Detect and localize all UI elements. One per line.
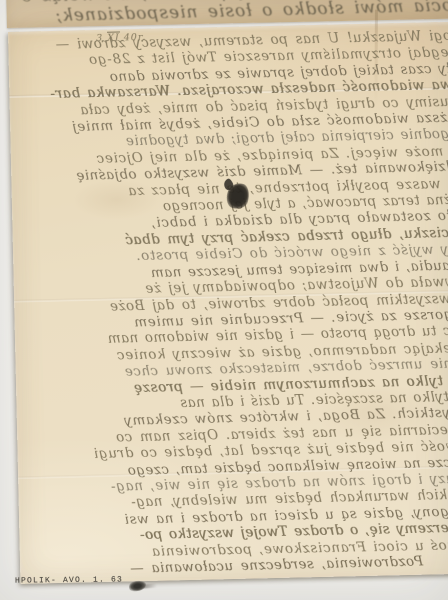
bottom-edge-smudge-streak [143,584,157,589]
letter-page: 3 XI 40r. Drogi Wujaszku! U nas po stare… [8,21,448,584]
archival-label: HPOLIK- AVO. 1. 63 [15,575,123,585]
scanned-letter: ty bardzo z pomysłu się po mnie, a i wci… [0,0,448,600]
mirrored-handwriting-block: Drogi Wujaszku! U nas po staremu, wszysc… [15,28,448,580]
strip-handwriting: ty bardzo z pomysłu się po mnie, a i wci… [10,0,448,26]
